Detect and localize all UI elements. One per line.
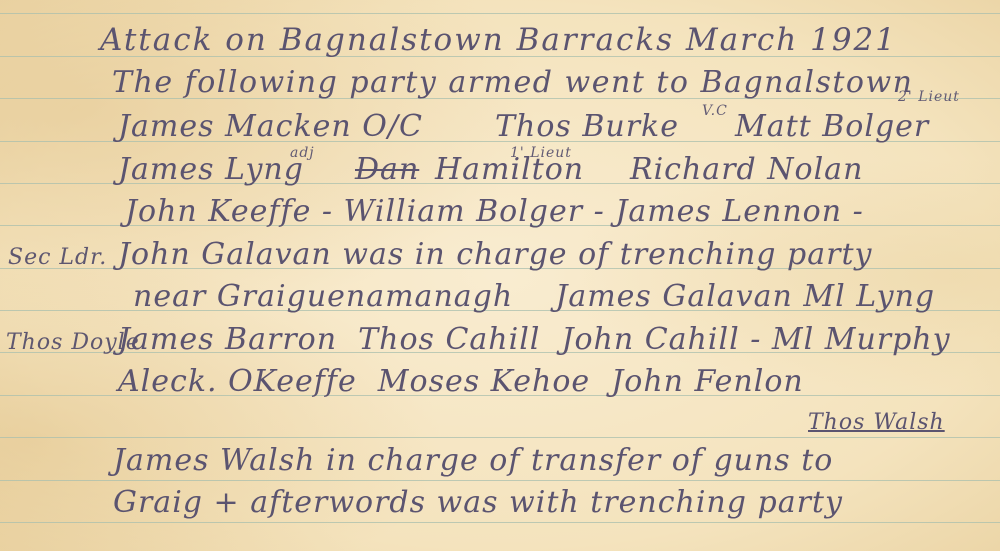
handwritten-line-8: James Barron Thos Cahill John Cahill - M… [118,325,951,355]
handwritten-line-9: Aleck. OKeeffe Moses Kehoe John Fenlon [118,367,804,397]
ruled-line [0,13,1000,14]
ruled-line [0,437,1000,438]
handwritten-line-7: near Graiguenamanagh James Galavan Ml Ly… [133,282,935,312]
margin-note-section-leader: Sec Ldr. [8,247,107,269]
handwritten-line-4-name-3: Richard Nolan [630,155,863,185]
annotation-insert-thos-walsh: Thos Walsh [808,412,945,434]
annotation-burke-rank: V.C [702,104,728,118]
handwritten-line-5: John Keeffe - William Bolger - James Len… [125,197,864,227]
ruled-line [0,522,1000,523]
handwritten-line-3-name-2: Thos Burke [495,112,679,142]
ruled-line [0,480,1000,481]
annotation-hamilton-rank: 1' Lieut [510,146,572,160]
annotation-lyng-rank: adj [290,146,315,160]
handwritten-line-4-name-1: James Lyng [118,155,304,185]
handwritten-line-11: Graig + afterwords was with trenching pa… [113,488,843,518]
handwritten-line-6: John Galavan was in charge of trenching … [118,240,872,270]
handwritten-line-3-name-3: Matt Bolger [735,112,929,142]
handwritten-line-4-struck-name: Dan [355,155,419,185]
handwritten-line-10: James Walsh in charge of transfer of gun… [113,446,833,476]
document-title: Attack on Bagnalstown Barracks March 192… [100,25,897,56]
handwritten-document-page: Attack on Bagnalstown Barracks March 192… [0,0,1000,551]
annotation-bolger-rank: 2' Lieut [898,90,960,104]
handwritten-line-3-name-1: James Macken O/C [118,112,423,142]
handwritten-line-2: The following party armed went to Bagnal… [112,68,913,98]
